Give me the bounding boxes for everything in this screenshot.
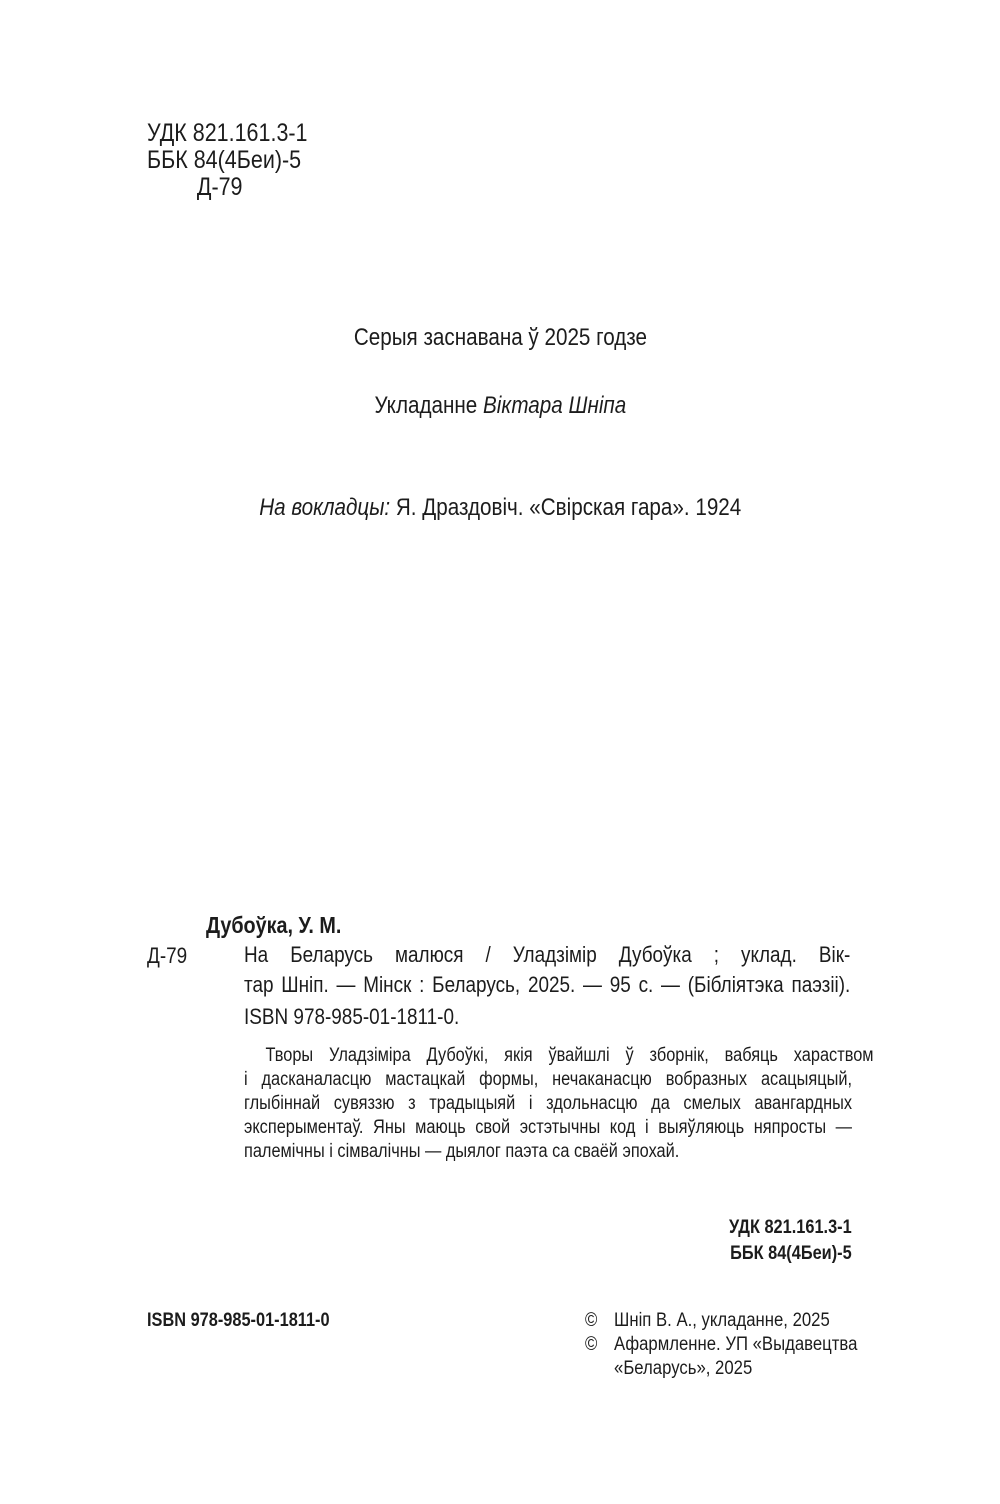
description-line: тар Шніп. — Мінск : Беларусь, 2025. — 95… [244,971,850,999]
copyright-line: © Шніп В. А., укладанне, 2025 [585,1309,857,1333]
cover-note: На вокладцы: Я. Драздовіч. «Свірская гар… [0,494,1000,522]
bbk-code: ББК 84(4Беи)-5 [147,147,308,174]
author-heading: Дубоўка, У. М. [206,912,363,939]
classification-block-top: УДК 821.161.3-1 ББК 84(4Беи)-5 Д-79 [147,120,334,201]
annotation-line: і дасканаласцю мастацкай формы, нечакана… [244,1068,852,1092]
compiler-prefix: Укладанне [374,392,483,419]
annotation-line: Творы Уладзіміра Дубоўкі, якія ўвайшлі ў… [244,1044,874,1068]
copyright-line: © Афармленне. УП «Выдавецтва [585,1333,857,1357]
series-note: Серыя заснавана ў 2025 годзе [0,324,1000,352]
udk-code: УДК 821.161.3-1 [729,1215,852,1241]
description-line: На Беларусь малюся / Уладзімір Дубоўка ;… [244,941,850,969]
cover-note-text: Я. Драздовіч. «Свірская гара». 1924 [390,494,741,521]
compiler-line: Укладанне Віктара Шніпа [0,392,1000,420]
copyright-icon: © [585,1309,614,1333]
annotation-line: эксперыментаў. Яны маюць свой эстэтычны … [244,1116,852,1140]
bibliographic-description: На Беларусь малюся / Уладзімір Дубоўка ;… [244,941,850,999]
copyright-icon: © [585,1333,614,1357]
author-mark: Д-79 [147,174,308,201]
catalog-author-mark: Д-79 [147,943,194,969]
classification-block-bottom: УДК 821.161.3-1 ББК 84(4Беи)-5 [709,1215,852,1267]
copyright-block: © Шніп В. А., укладанне, 2025 © Афармлен… [585,1309,895,1381]
bbk-code: ББК 84(4Беи)-5 [729,1241,852,1267]
udk-code: УДК 821.161.3-1 [147,120,308,147]
catalog-isbn: ISBN 978-985-01-1811-0. [244,1004,494,1030]
compiler-name: Віктара Шніпа [483,392,626,419]
annotation: Творы Уладзіміра Дубоўкі, якія ўвайшлі ў… [244,1044,852,1164]
annotation-line: палемічны і сімвалічны — дыялог паэта са… [244,1140,852,1164]
copyright-continuation: «Беларусь», 2025 [585,1357,857,1381]
footer-isbn: ISBN 978-985-01-1811-0 [147,1310,359,1332]
annotation-line: глыбіннай сувяззю з традыцыяй і здольнас… [244,1092,852,1116]
cover-note-label: На вокладцы: [259,494,390,521]
